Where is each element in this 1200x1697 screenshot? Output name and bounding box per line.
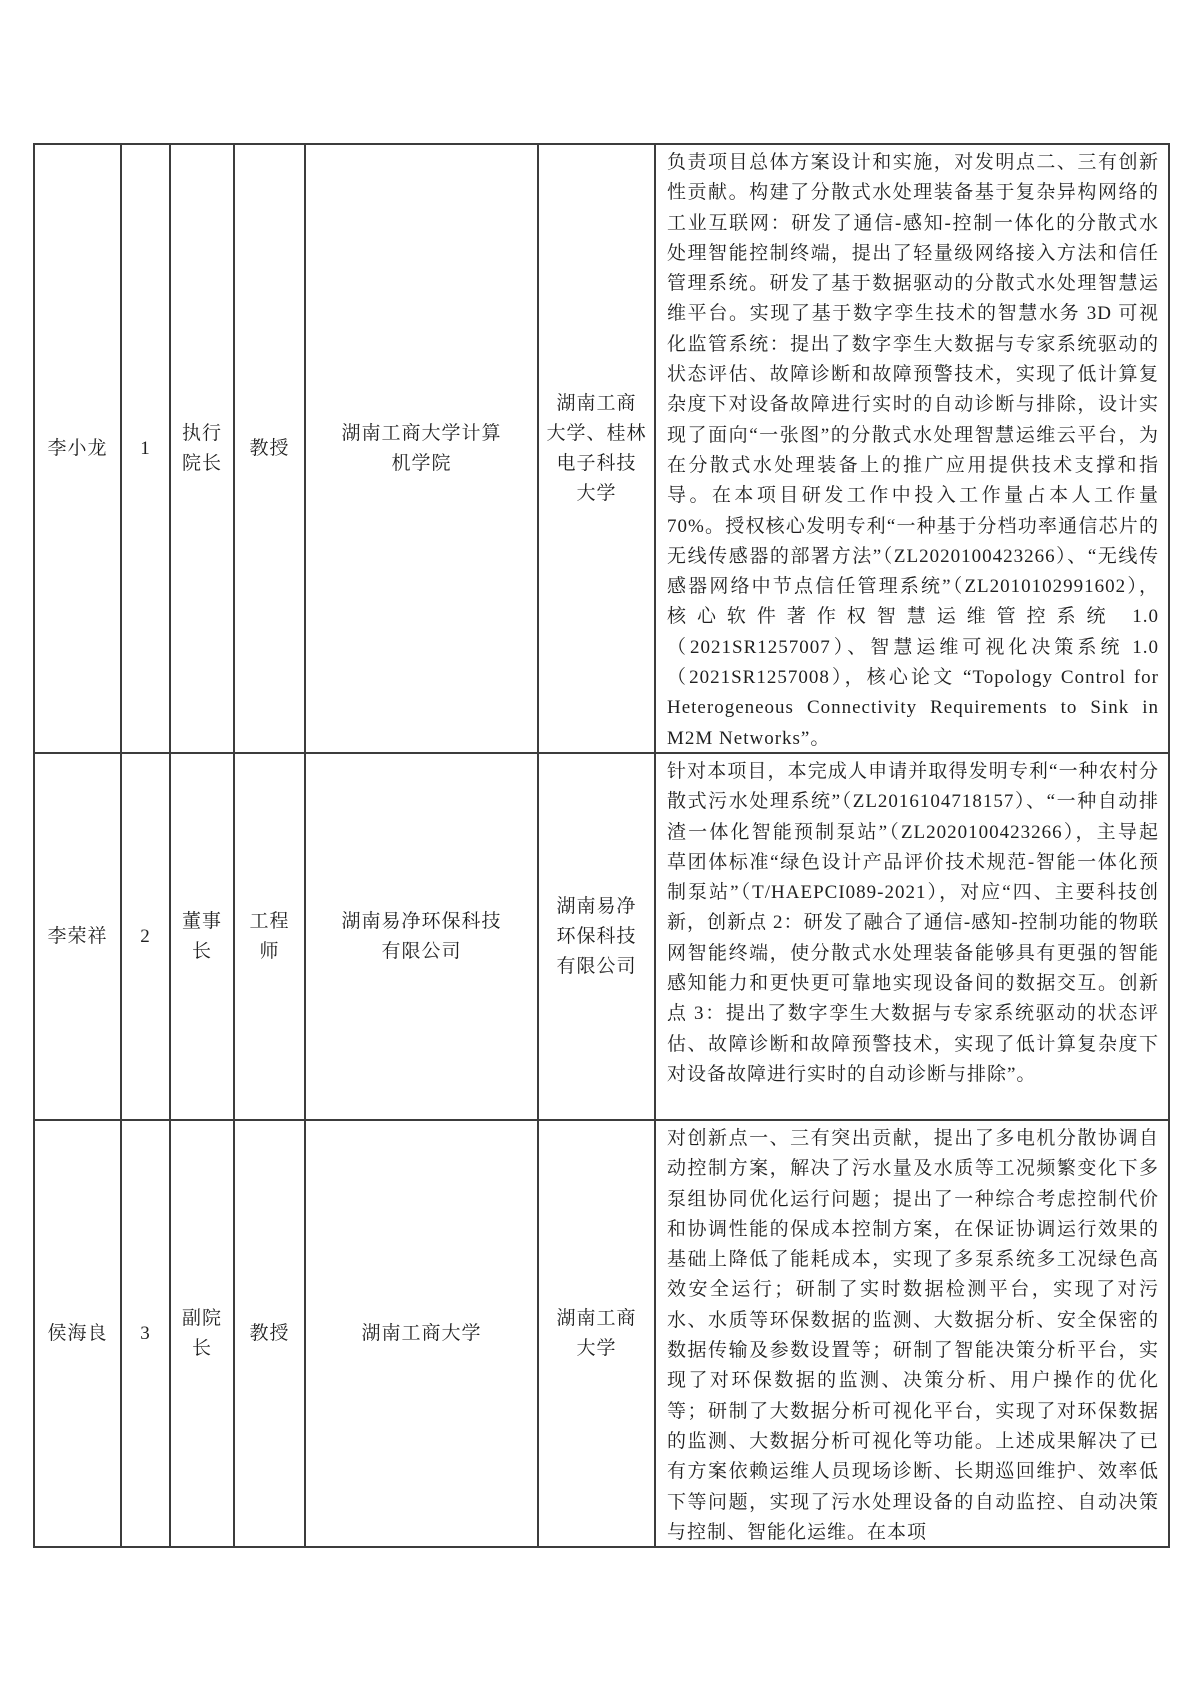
person-title: 工程 师 — [234, 753, 305, 1120]
person-name: 李荣祥 — [34, 753, 121, 1120]
person-contribution: 针对本项目，本完成人申请并取得发明专利“一种农村分散式污水处理系统”（ZL201… — [655, 753, 1169, 1120]
person-contribution: 负责项目总体方案设计和实施，对发明点二、三有创新性贡献。构建了分散式水处理装备基… — [655, 144, 1169, 753]
person-position: 董事 长 — [170, 753, 234, 1120]
contribution-text: 负责项目总体方案设计和实施，对发明点二、三有创新性贡献。构建了分散式水处理装备基… — [656, 145, 1168, 752]
person-name: 李小龙 — [34, 144, 121, 753]
person-position: 副院 长 — [170, 1120, 234, 1547]
person-completion-unit: 湖南易净 环保科技 有限公司 — [538, 753, 655, 1120]
personnel-table: 李小龙 1 执行 院长 教授 湖南工商大学计算 机学院 湖南工商 大学、桂林 电… — [33, 143, 1170, 1548]
person-position: 执行 院长 — [170, 144, 234, 753]
document-page: 李小龙 1 执行 院长 教授 湖南工商大学计算 机学院 湖南工商 大学、桂林 电… — [0, 0, 1200, 1697]
contribution-text: 对创新点一、三有突出贡献，提出了多电机分散协调自动控制方案，解决了污水量及水质等… — [656, 1121, 1168, 1546]
person-order: 1 — [121, 144, 170, 753]
person-title: 教授 — [234, 144, 305, 753]
table-row: 侯海良 3 副院 长 教授 湖南工商大学 湖南工商 大学 对创新点一、三有突出贡… — [34, 1120, 1169, 1547]
person-title: 教授 — [234, 1120, 305, 1547]
person-work-unit: 湖南工商大学 — [305, 1120, 538, 1547]
person-work-unit: 湖南工商大学计算 机学院 — [305, 144, 538, 753]
table-row: 李荣祥 2 董事 长 工程 师 湖南易净环保科技 有限公司 湖南易净 环保科技 … — [34, 753, 1169, 1120]
contribution-text: 针对本项目，本完成人申请并取得发明专利“一种农村分散式污水处理系统”（ZL201… — [656, 754, 1168, 1119]
person-completion-unit: 湖南工商 大学 — [538, 1120, 655, 1547]
person-name: 侯海良 — [34, 1120, 121, 1547]
person-order: 3 — [121, 1120, 170, 1547]
person-work-unit: 湖南易净环保科技 有限公司 — [305, 753, 538, 1120]
person-order: 2 — [121, 753, 170, 1120]
person-completion-unit: 湖南工商 大学、桂林 电子科技 大学 — [538, 144, 655, 753]
person-contribution: 对创新点一、三有突出贡献，提出了多电机分散协调自动控制方案，解决了污水量及水质等… — [655, 1120, 1169, 1547]
table-row: 李小龙 1 执行 院长 教授 湖南工商大学计算 机学院 湖南工商 大学、桂林 电… — [34, 144, 1169, 753]
